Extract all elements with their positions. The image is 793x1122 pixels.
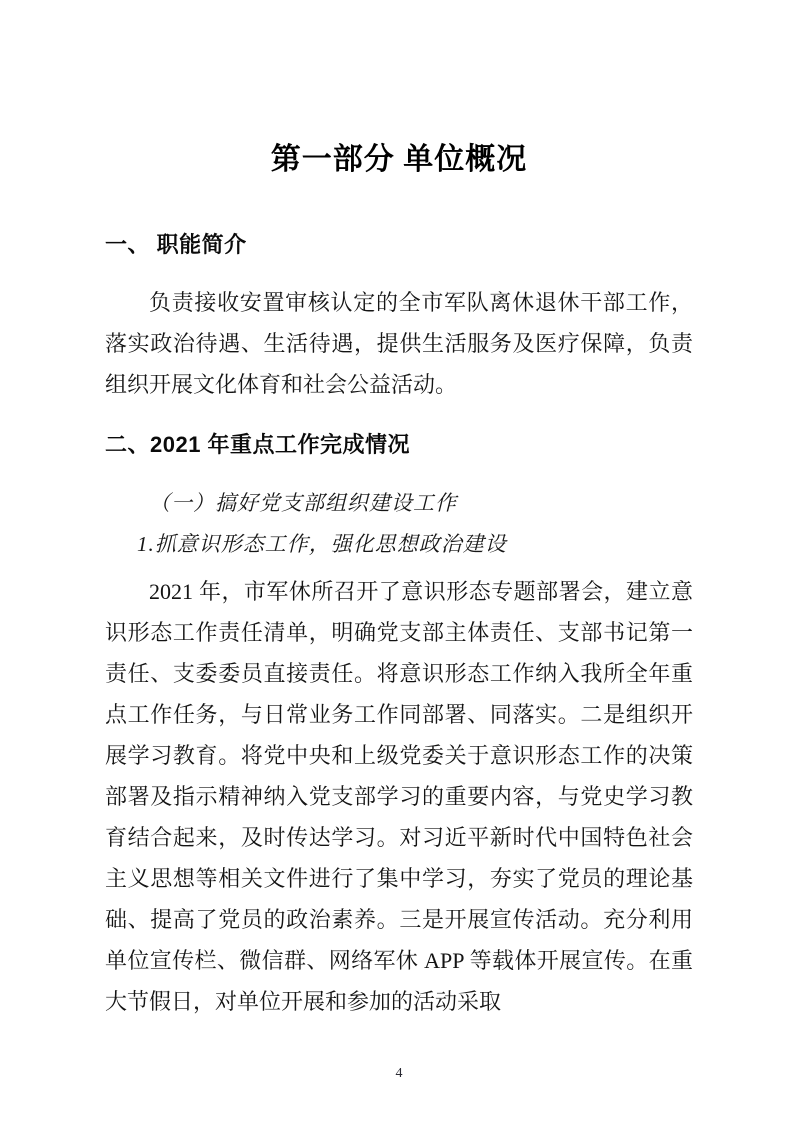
section-heading-functions: 一、 职能简介 (105, 230, 693, 260)
subheading-party-branch-building: （一）搞好党支部组织建设工作 (105, 483, 693, 524)
document-page: 第一部分 单位概况 一、 职能简介 负责接收安置审核认定的全市军队离休退休干部工… (0, 0, 793, 1122)
paragraph-ideology-work: 2021 年，市军休所召开了意识形态专题部署会，建立意识形态工作责任清单，明确党… (105, 571, 693, 1022)
subheading-ideology-work: 1.抓意识形态工作，强化思想政治建设 (105, 524, 693, 565)
paragraph-functions: 负责接收安置审核认定的全市军队离休退休干部工作，落实政治待遇、生活待遇，提供生活… (105, 282, 693, 405)
page-number: 4 (105, 1064, 693, 1084)
page-title: 第一部分 单位概况 (105, 140, 693, 180)
section-heading-2021-key-work: 二、2021 年重点工作完成情况 (105, 430, 693, 460)
